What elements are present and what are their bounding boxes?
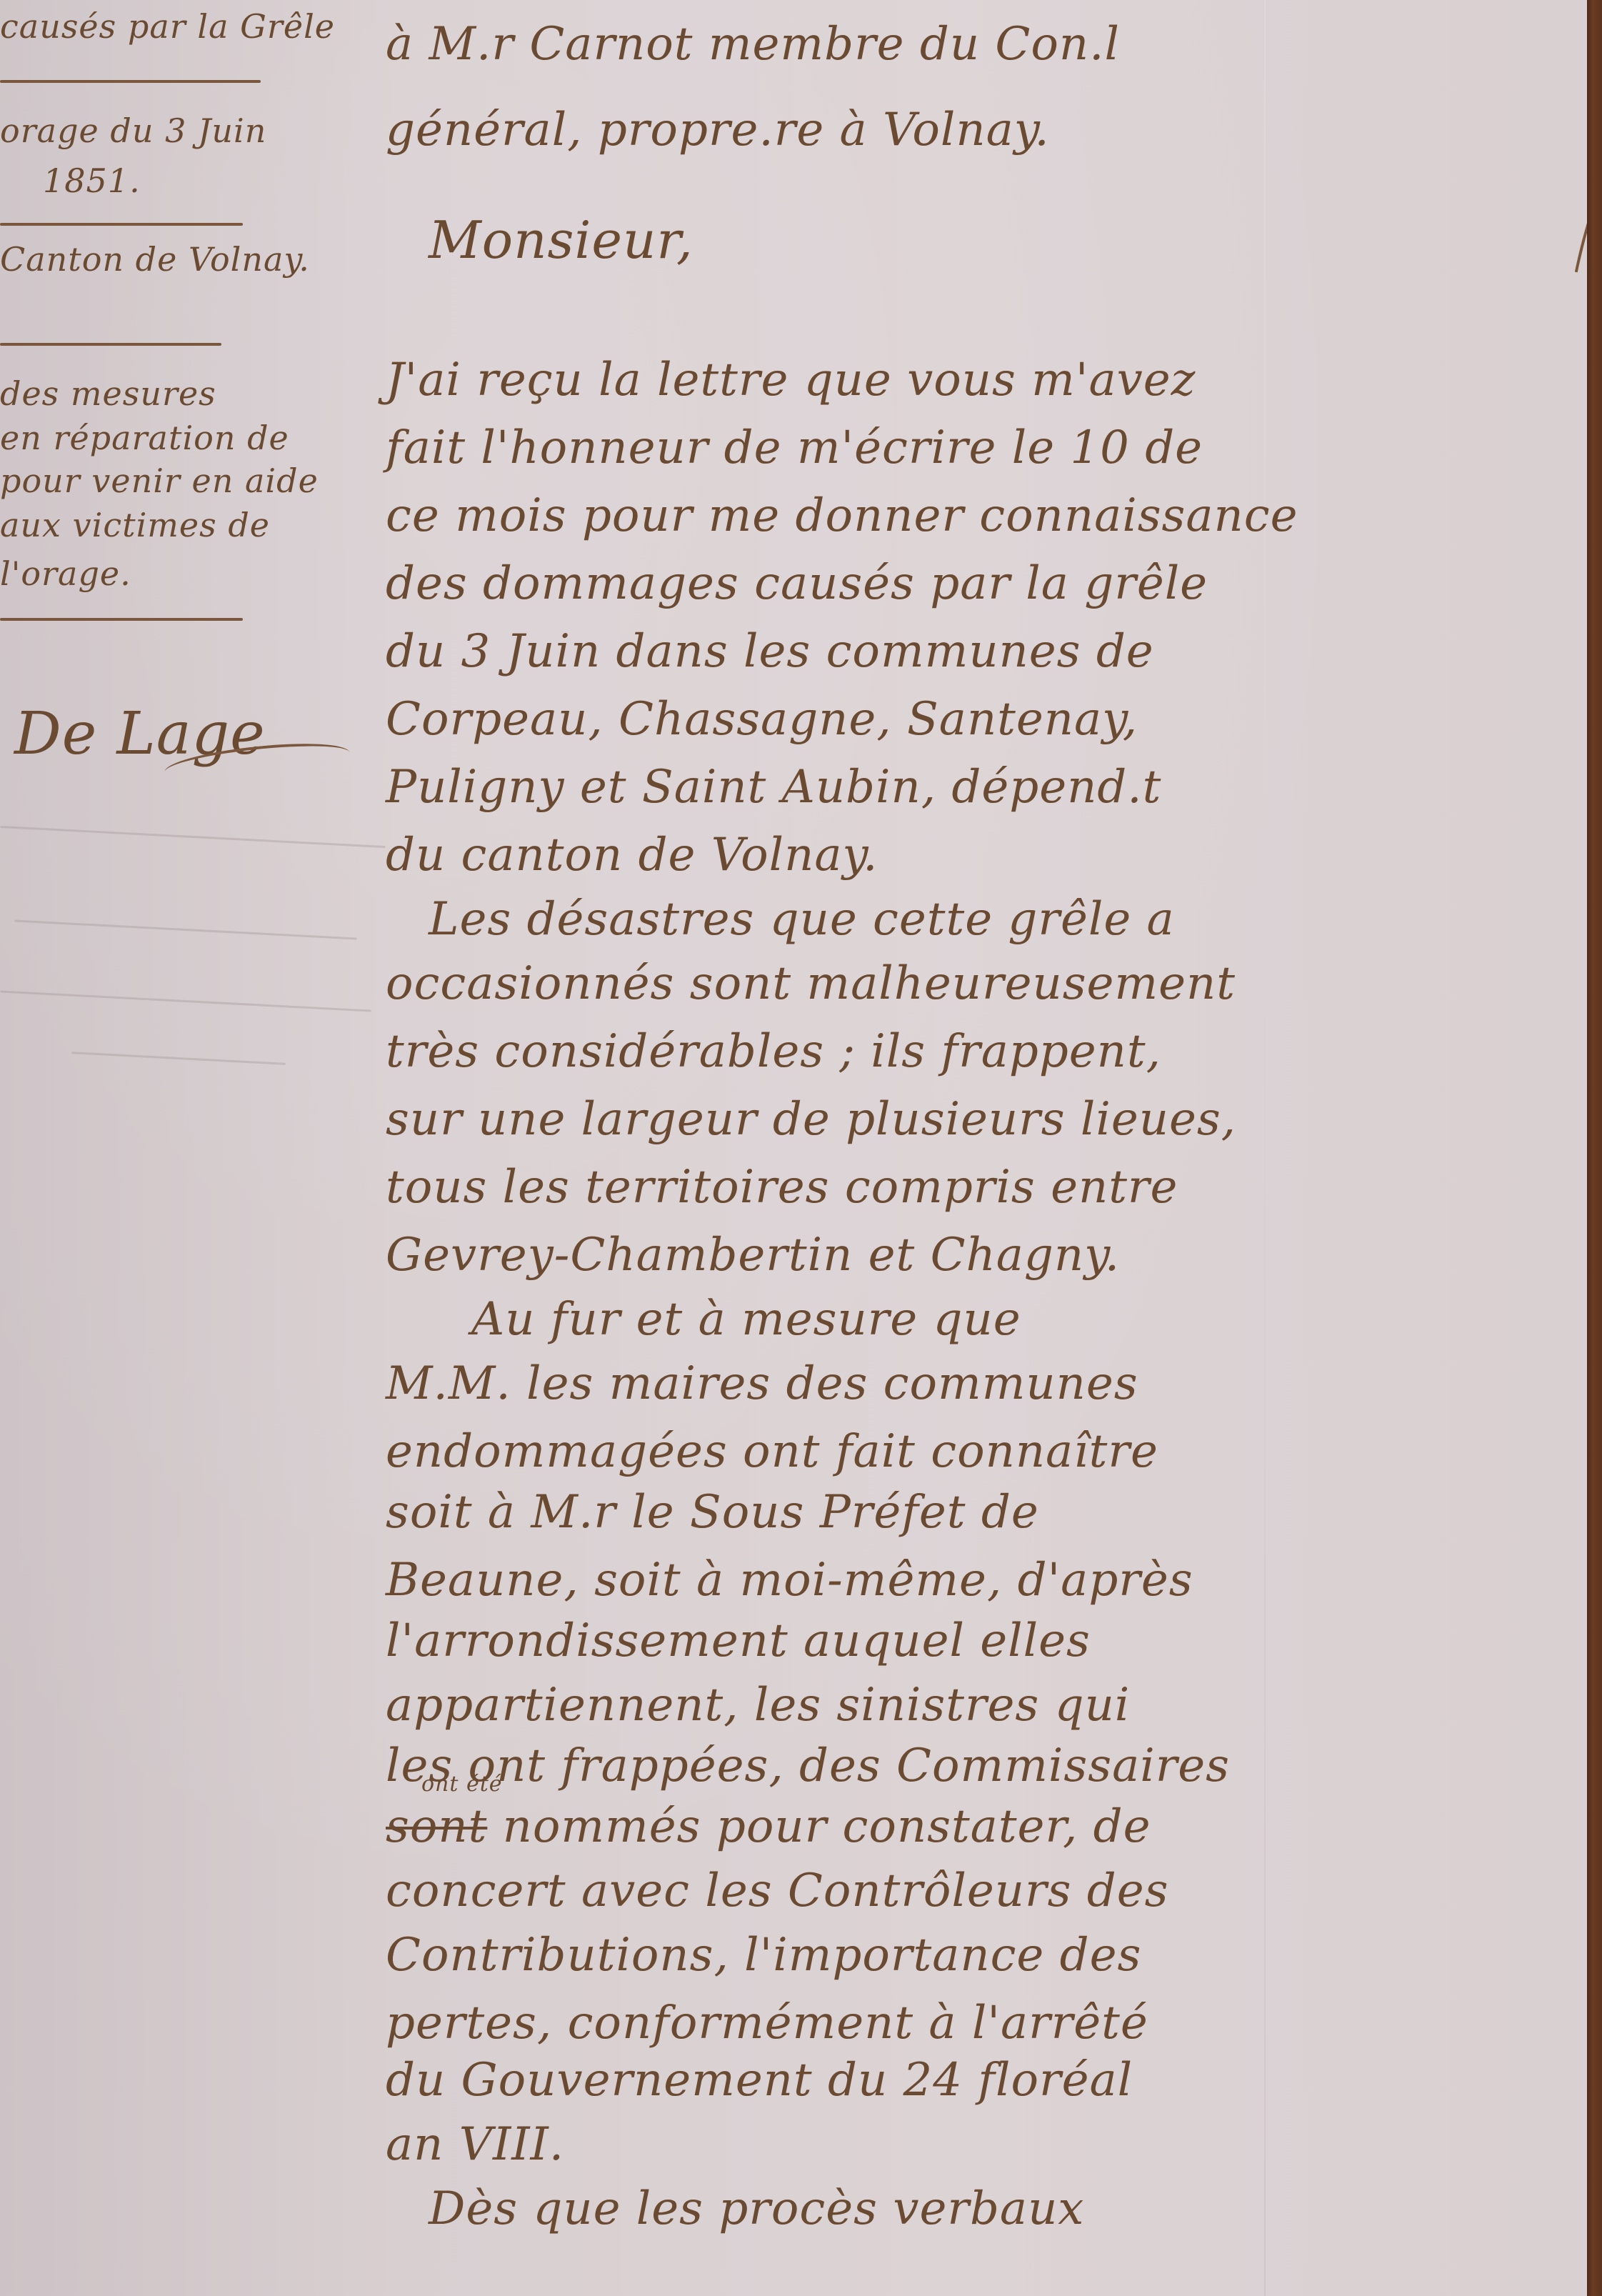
body-line: endommagées ont fait connaître [386,1429,1158,1474]
body-line: Les désastres que cette grêle a [429,897,1175,942]
body-line: pertes, conformément à l'arrêté [386,2000,1148,2046]
body-line: très considérables ; ils frappent, [386,1029,1161,1074]
body-line: des dommages causés par la grêle [386,561,1208,607]
body-line: J'ai reçu la lettre que vous m'avez [386,357,1196,403]
body-line: fait l'honneur de m'écrire le 10 de [386,425,1203,471]
margin-line: l'orage. [0,557,131,590]
body-line: M.M. les maires des communes [386,1361,1138,1407]
margin-line: orage du 3 Juin [0,114,266,147]
paper-fold [1264,0,1266,2296]
body-line: appartiennent, les sinistres qui [386,1682,1130,1728]
body-line: sur une largeur de plusieurs lieues, [386,1097,1236,1142]
body-line: Beaune, soit à moi-même, d'après [386,1557,1193,1603]
margin-rule [0,343,221,346]
body-line: concert avec les Contrôleurs des [386,1868,1168,1914]
wooden-frame-edge [1587,0,1602,2296]
body-line: an VIII. [386,2122,564,2167]
struck-word: sont [386,1800,487,1853]
addressee-line: à M.r Carnot membre du Con.l [386,21,1120,67]
margin-line: en réparation de [0,421,289,454]
margin-rule [0,80,261,83]
body-line: Dès que les procès verbaux [429,2186,1084,2232]
margin-rule [0,223,243,226]
body-line: du Gouvernement du 24 floréal [386,2057,1133,2103]
margin-line: causés par la Grêle [0,10,335,43]
body-line: Contributions, l'importance des [386,1932,1141,1978]
margin-rule [0,618,243,621]
body-line: Puligny et Saint Aubin, dépend.t [386,764,1161,810]
letter-paper: causés par la Grêle orage du 3 Juin 1851… [0,0,1587,2296]
margin-line: des mesures [0,377,216,410]
bleed-through-marks [0,786,400,1429]
correction-insertion: ont été [421,1772,503,1797]
margin-line: Canton de Volnay. [0,243,310,276]
body-line: occasionnés sont malheureusement [386,961,1236,1007]
body-line: les ont frappées, des Commissaires [386,1743,1230,1789]
margin-line: pour venir en aide [0,464,319,497]
body-line: Gevrey-Chambertin et Chagny. [386,1232,1120,1278]
body-line-rest: nommés pour constater, de [503,1800,1151,1853]
body-line: l'arrondissement auquel elles [386,1618,1091,1664]
body-line: du canton de Volnay. [386,832,878,878]
margin-line: aux victimes de [0,509,270,541]
salutation: Monsieur, [429,214,694,266]
body-line: tous les territoires compris entre [386,1164,1178,1210]
body-line: Au fur et à mesure que [471,1297,1021,1342]
body-line: Corpeau, Chassagne, Santenay, [386,697,1138,742]
body-line: soit à M.r le Sous Préfet de [386,1489,1039,1535]
body-line-with-correction: sont nommés pour constater, de [386,1804,1151,1850]
margin-line: 1851. [43,164,141,197]
body-line: ce mois pour me donner connaissance [386,493,1298,539]
addressee-line: général, propre.re à Volnay. [386,107,1050,153]
body-line: du 3 Juin dans les communes de [386,629,1154,674]
